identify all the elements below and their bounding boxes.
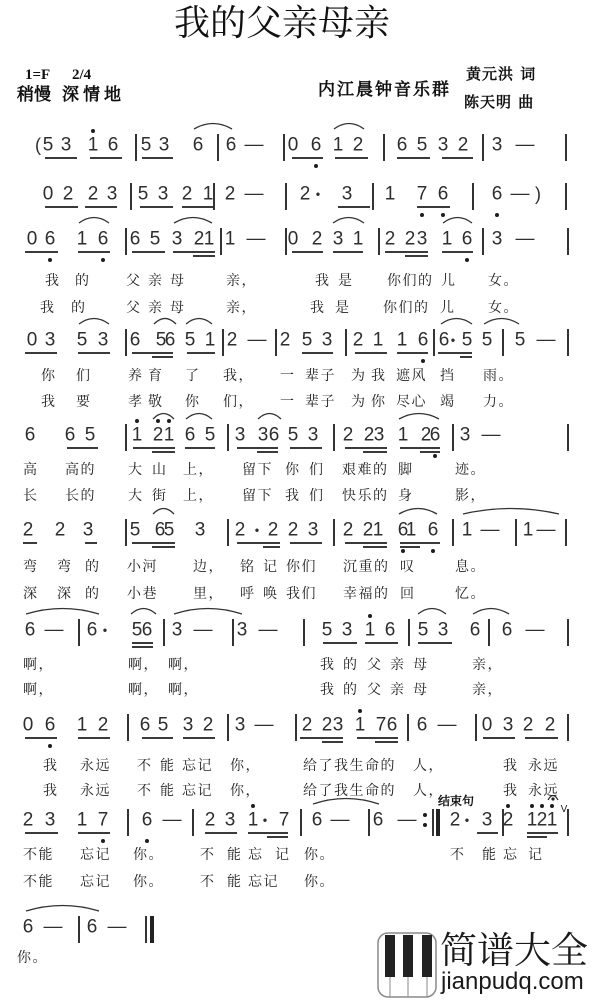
lyric-word: 啊， — [168, 683, 199, 697]
beam-underline — [132, 352, 173, 354]
barline — [217, 134, 219, 161]
tempo-marking: 稍慢 — [17, 87, 51, 104]
lyric-word: 啊， — [23, 658, 54, 672]
barline — [127, 714, 129, 741]
slur-tie — [333, 120, 365, 130]
slur-tie — [25, 902, 100, 912]
beam-underline — [78, 251, 110, 253]
beam-underline — [397, 157, 430, 159]
fermata-icon — [547, 793, 559, 801]
lyric-word: 你。 — [17, 951, 48, 965]
sustain-dash: — — [163, 811, 182, 830]
slur-tie — [78, 214, 110, 224]
note-digit: 2 — [405, 230, 416, 249]
page-title: 我的父亲母亲 — [174, 6, 390, 42]
lyric-word: 我 — [310, 301, 326, 315]
lyric-word: 我 — [371, 369, 387, 383]
lyric-word: 你们的 — [383, 301, 430, 315]
augmentation-dot: • — [465, 814, 469, 826]
beam-underline — [442, 157, 473, 159]
note-digit: 2 — [23, 521, 34, 540]
beam-underline — [182, 206, 213, 208]
barline — [285, 183, 287, 210]
note-digit: 1 — [523, 521, 534, 540]
note-digit: 1 — [365, 621, 376, 640]
lyricist-credit: 黄元洪 词 — [466, 67, 536, 82]
note-digit: 7 — [279, 811, 290, 830]
note-digit: 6 — [430, 426, 441, 445]
octave-dot-above-icon — [358, 709, 362, 713]
barline — [333, 424, 335, 451]
lyric-word: 里， — [193, 587, 224, 601]
octave-dot-below-icon — [420, 213, 424, 217]
note-digit: 6 — [462, 230, 473, 249]
barline — [567, 619, 569, 646]
sustain-dash: — — [482, 426, 501, 445]
beam-underline — [90, 157, 122, 159]
sustain-dash: — — [245, 185, 264, 204]
barline — [433, 329, 435, 356]
lyric-word: 我 — [320, 683, 336, 697]
lyric-word: 高的 — [65, 463, 96, 477]
note-digit: 3 — [492, 230, 503, 249]
barline — [222, 329, 224, 356]
lyric-word: 你， — [230, 759, 261, 773]
beam-underline — [78, 832, 110, 834]
augmentation-dot: • — [255, 524, 259, 536]
lyric-word: 边， — [193, 560, 224, 574]
lyric-word: 永远 — [80, 759, 111, 773]
barline — [283, 134, 285, 161]
beam-underline — [400, 447, 440, 449]
note-digit: 2 — [363, 521, 374, 540]
barline — [565, 183, 567, 210]
sustain-dash: — — [44, 918, 63, 937]
note-digit: 1 — [205, 331, 216, 350]
lyric-word: 我们 — [286, 587, 317, 601]
lyric-word: 你， — [230, 784, 261, 798]
lyric-word: 我 — [503, 759, 519, 773]
note-digit: 5 — [462, 331, 473, 350]
note-digit: 2 — [302, 716, 313, 735]
note-digit: 2 — [205, 811, 216, 830]
beam-underline — [323, 642, 357, 644]
barline — [333, 519, 335, 546]
barline — [567, 714, 569, 741]
sustain-dash: — — [245, 136, 264, 155]
lyric-word: 母 — [413, 683, 429, 697]
beam-underline — [322, 741, 343, 743]
lyric-word: 母 — [170, 301, 186, 315]
note-digit: 3 — [492, 136, 503, 155]
note-digit: 1 — [204, 230, 215, 249]
lyric-word: 们 — [76, 369, 92, 383]
note-digit: 3 — [183, 716, 194, 735]
note-digit: 7 — [98, 811, 109, 830]
lyric-word: 竭 — [440, 395, 456, 409]
lyric-word: 你 — [371, 395, 387, 409]
lyric-word: 你。 — [133, 875, 164, 889]
lyric-word: 你。 — [304, 848, 335, 862]
lyric-word: 亲 — [148, 301, 164, 315]
lyric-word: 你 — [285, 463, 301, 477]
note-digit: 1 — [527, 811, 538, 830]
note-digit: 3 — [258, 426, 269, 445]
augmentation-dot: • — [316, 188, 320, 200]
note-digit: 6 — [418, 331, 429, 350]
beam-underline — [152, 356, 173, 358]
slur-tie — [78, 315, 110, 325]
lyric-word: 弯 — [57, 560, 73, 574]
note-digit: 2 — [503, 811, 514, 830]
note-digit: 2 — [194, 230, 205, 249]
note-digit: 2 — [300, 185, 311, 204]
publisher-group: 内江晨钟音乐群 — [318, 82, 451, 99]
lyric-word: 亲， — [226, 274, 257, 288]
beam-underline — [375, 741, 398, 743]
octave-dot-above-icon — [91, 129, 95, 133]
slur-tie — [442, 214, 473, 224]
lyric-word: 不 — [450, 848, 466, 862]
note-digit: 2 — [268, 521, 279, 540]
beam-underline — [23, 542, 37, 544]
note-digit: 6 — [45, 230, 56, 249]
note-digit: 6 — [312, 811, 323, 830]
beam-underline — [400, 542, 440, 544]
beam-underline — [25, 251, 58, 253]
slur-tie — [332, 214, 365, 224]
sustain-dash: — — [255, 716, 274, 735]
note-digit: 1 — [373, 331, 384, 350]
beam-underline — [25, 352, 57, 354]
beam-underline — [345, 447, 387, 449]
lyric-word: 要 — [76, 395, 92, 409]
note-digit: 2 — [280, 331, 291, 350]
note-digit: 2 — [88, 185, 99, 204]
lyric-word: 儿 — [441, 274, 457, 288]
note-digit: 5 — [288, 426, 299, 445]
beam-underline — [132, 251, 165, 253]
octave-dot-above-icon — [540, 804, 544, 808]
note-digit: 5 — [77, 331, 88, 350]
sustain-dash: — — [248, 331, 267, 350]
lyric-word: 影， — [455, 489, 486, 503]
slur-tie — [472, 605, 510, 615]
lyric-word: 迹。 — [455, 463, 486, 477]
barline — [515, 519, 517, 546]
beam-underline — [525, 737, 558, 739]
beam-underline — [205, 832, 237, 834]
note-digit: 2 — [450, 811, 461, 830]
lyric-word: 忘记 — [80, 848, 111, 862]
sustain-dash: — — [526, 621, 545, 640]
note-digit: 3 — [438, 136, 449, 155]
note-digit: 1 — [462, 521, 473, 540]
barline — [407, 714, 409, 741]
note-digit: 1 — [203, 185, 214, 204]
sustain-dash: — — [45, 621, 64, 640]
beam-underline — [142, 157, 173, 159]
lyric-word: 为 — [351, 369, 367, 383]
note-digit: 6 — [65, 426, 76, 445]
note-digit: 6 — [140, 716, 151, 735]
lyric-word: 呼 — [240, 587, 256, 601]
note-digit: 3 — [308, 426, 319, 445]
lyric-word: 不 — [200, 848, 216, 862]
prelude-parenthesis: ) — [535, 185, 541, 203]
barline — [227, 424, 229, 451]
lyric-word: 的 — [343, 658, 359, 672]
lyric-word: 铭 — [240, 560, 256, 574]
note-digit: 6 — [87, 918, 98, 937]
note-digit: 1 — [406, 521, 417, 540]
beam-underline — [442, 251, 473, 253]
lyric-word: 们 — [309, 463, 325, 477]
lyric-word: 们 — [309, 489, 325, 503]
lyric-word: 啊， — [23, 683, 54, 697]
note-digit: 5 — [164, 521, 175, 540]
note-digit: 1 — [132, 426, 143, 445]
note-digit: 6 — [142, 811, 153, 830]
lyric-word: 息。 — [455, 560, 486, 574]
lyric-word: 长 — [23, 489, 39, 503]
lyric-word: 长的 — [65, 489, 96, 503]
lyric-word: 我， — [223, 369, 254, 383]
barline — [135, 134, 137, 161]
lyric-word: 忘 — [503, 848, 519, 862]
lyric-word: 我 — [41, 395, 57, 409]
lyric-word: 快乐的 — [342, 489, 389, 503]
note-digit: 6 — [98, 230, 109, 249]
sustain-dash: — — [194, 621, 213, 640]
lyric-word: 雨。 — [483, 369, 514, 383]
octave-dot-below-icon — [48, 258, 52, 262]
note-digit: 0 — [27, 331, 38, 350]
beam-underline — [300, 737, 343, 739]
note-digit: 6 — [373, 811, 384, 830]
lyric-word: 回 — [400, 587, 416, 601]
note-digit: 2 — [523, 716, 534, 735]
note-digit: 0 — [43, 185, 54, 204]
lyric-word: 你 — [41, 369, 57, 383]
barline — [567, 228, 569, 255]
note-digit: 6 — [439, 331, 450, 350]
note-digit: 6 — [165, 331, 176, 350]
barline — [232, 619, 234, 646]
lyric-word: 你们 — [286, 560, 317, 574]
beam-underline — [140, 206, 173, 208]
lyric-word: 为 — [351, 395, 367, 409]
barline — [482, 134, 484, 161]
note-digit: 6 — [502, 621, 513, 640]
barline — [567, 424, 569, 451]
beam-underline — [290, 542, 322, 544]
lyric-word: 一 — [280, 395, 296, 409]
note-digit: 5 — [515, 331, 526, 350]
beam-underline — [248, 832, 288, 834]
barline — [502, 809, 504, 836]
note-digit: 6 — [470, 621, 481, 640]
note-digit: 6 — [25, 621, 36, 640]
note-digit: 3 — [417, 230, 428, 249]
note-digit: 1 — [355, 716, 366, 735]
note-digit: 1 — [385, 185, 396, 204]
note-digit: 3 — [460, 426, 471, 445]
note-digit: 3 — [172, 230, 183, 249]
beam-underline — [345, 542, 387, 544]
note-digit: 7 — [417, 185, 428, 204]
lyric-word: 弯 — [23, 560, 39, 574]
beam-underline — [132, 642, 153, 644]
slur-tie — [398, 410, 440, 420]
beam-underline — [257, 451, 278, 453]
octave-dot-above-icon — [135, 419, 139, 423]
octave-dot-below-icon — [421, 359, 425, 363]
lyric-word: 敬 — [148, 395, 164, 409]
note-digit: 3 — [342, 621, 353, 640]
note-digit: 6 — [185, 426, 196, 445]
lyric-word: 忆。 — [455, 587, 486, 601]
beam-underline — [78, 352, 110, 354]
beam-underline — [355, 352, 387, 354]
lyric-word: 辈子 — [305, 395, 336, 409]
slur-tie — [153, 315, 177, 325]
lyric-word: 我 — [503, 784, 519, 798]
lyric-word: 啊， — [168, 658, 199, 672]
note-digit: 1 — [397, 331, 408, 350]
lyric-word: 亲 — [390, 658, 406, 672]
note-digit: 1 — [353, 230, 364, 249]
beam-underline — [338, 206, 370, 208]
augmentation-dot: • — [263, 814, 267, 826]
beam-underline — [85, 542, 97, 544]
note-digit: 6 — [311, 136, 322, 155]
barline — [452, 519, 454, 546]
augmentation-dot: • — [451, 334, 455, 346]
note-digit: 5 — [132, 621, 143, 640]
note-digit: 5 — [417, 136, 428, 155]
lyric-word: 女。 — [488, 274, 519, 288]
slur-tie — [152, 505, 175, 515]
note-digit: 1 — [398, 426, 409, 445]
barline — [295, 714, 297, 741]
beam-underline — [152, 451, 175, 453]
barline — [130, 183, 132, 210]
beam-underline — [263, 546, 280, 548]
slur-tie — [185, 315, 213, 325]
note-digit: 3 — [158, 185, 169, 204]
prelude-parenthesis: ( — [35, 136, 41, 154]
note-digit: 2 — [153, 426, 164, 445]
barline — [125, 424, 127, 451]
slur-tie — [185, 410, 213, 420]
barline — [567, 329, 569, 356]
note-digit: 3 — [503, 716, 514, 735]
note-digit: 1 — [333, 136, 344, 155]
barline — [378, 228, 380, 255]
barline — [145, 916, 147, 943]
beam-underline — [385, 251, 428, 253]
beam-underline — [187, 352, 215, 354]
octave-dot-below-icon — [433, 454, 437, 458]
lyric-word: 忘 — [248, 848, 264, 862]
note-digit: 6 — [387, 716, 398, 735]
note-digit: 3 — [482, 811, 493, 830]
lyric-word: 留下 — [242, 463, 273, 477]
beam-underline — [25, 832, 58, 834]
lyric-word: 能 — [160, 784, 176, 798]
beam-underline — [67, 447, 98, 449]
octave-dot-above-icon — [368, 614, 372, 618]
octave-dot-above-icon — [506, 804, 510, 808]
lyric-word: 你。 — [133, 848, 164, 862]
note-digit: 5 — [138, 185, 149, 204]
note-digit: 3 — [333, 716, 344, 735]
note-digit: 6 — [417, 716, 428, 735]
lyric-word: 不能 — [23, 848, 54, 862]
note-digit: 3 — [225, 811, 236, 830]
lyric-word: 尽心 — [396, 395, 427, 409]
beam-underline — [405, 255, 428, 257]
note-digit: 5 — [150, 230, 161, 249]
slur-tie — [193, 120, 233, 130]
barline — [227, 714, 229, 741]
beam-underline — [45, 206, 78, 208]
barline — [408, 619, 410, 646]
note-digit: 1 — [88, 136, 99, 155]
beam-underline — [267, 836, 288, 838]
lyric-word: 我 — [320, 658, 336, 672]
sustain-dash: — — [398, 811, 417, 830]
note-digit: 7 — [376, 716, 387, 735]
beam-underline — [132, 542, 175, 544]
barline — [78, 619, 80, 646]
note-digit: 6 — [108, 136, 119, 155]
barline — [192, 809, 194, 836]
beam-underline — [335, 157, 368, 159]
sustain-dash: — — [537, 521, 556, 540]
beam-underline — [237, 447, 278, 449]
beam-underline — [173, 251, 215, 253]
note-digit: 3 — [342, 185, 353, 204]
note-digit: 2 — [343, 426, 354, 445]
slur-tie — [440, 315, 473, 325]
lyric-word: 记 — [528, 848, 544, 862]
note-digit: 0 — [288, 136, 299, 155]
slur-tie — [152, 410, 175, 420]
octave-dot-below-icon — [401, 549, 405, 553]
beam-underline — [183, 737, 215, 739]
note-digit: 1 — [164, 426, 175, 445]
slur-tie — [462, 505, 560, 515]
note-digit: 2 — [235, 521, 246, 540]
note-digit: 2 — [203, 716, 214, 735]
lyric-word: 父 — [367, 683, 383, 697]
beam-underline — [132, 646, 153, 648]
lyric-word: 唤 — [263, 587, 279, 601]
lyric-word: 我 — [315, 274, 331, 288]
lyric-word: 上， — [183, 489, 214, 503]
sustain-dash: — — [537, 331, 556, 350]
lyric-word: 脚 — [398, 463, 414, 477]
logo-url: jianpudq.com — [441, 970, 584, 994]
lyric-word: 的 — [75, 274, 91, 288]
repeat-dot-icon — [423, 823, 427, 827]
note-digit: 6 — [142, 621, 153, 640]
lyric-word: 儿 — [440, 301, 456, 315]
lyric-word: 山 — [152, 463, 168, 477]
lyric-word: 育 — [148, 369, 164, 383]
